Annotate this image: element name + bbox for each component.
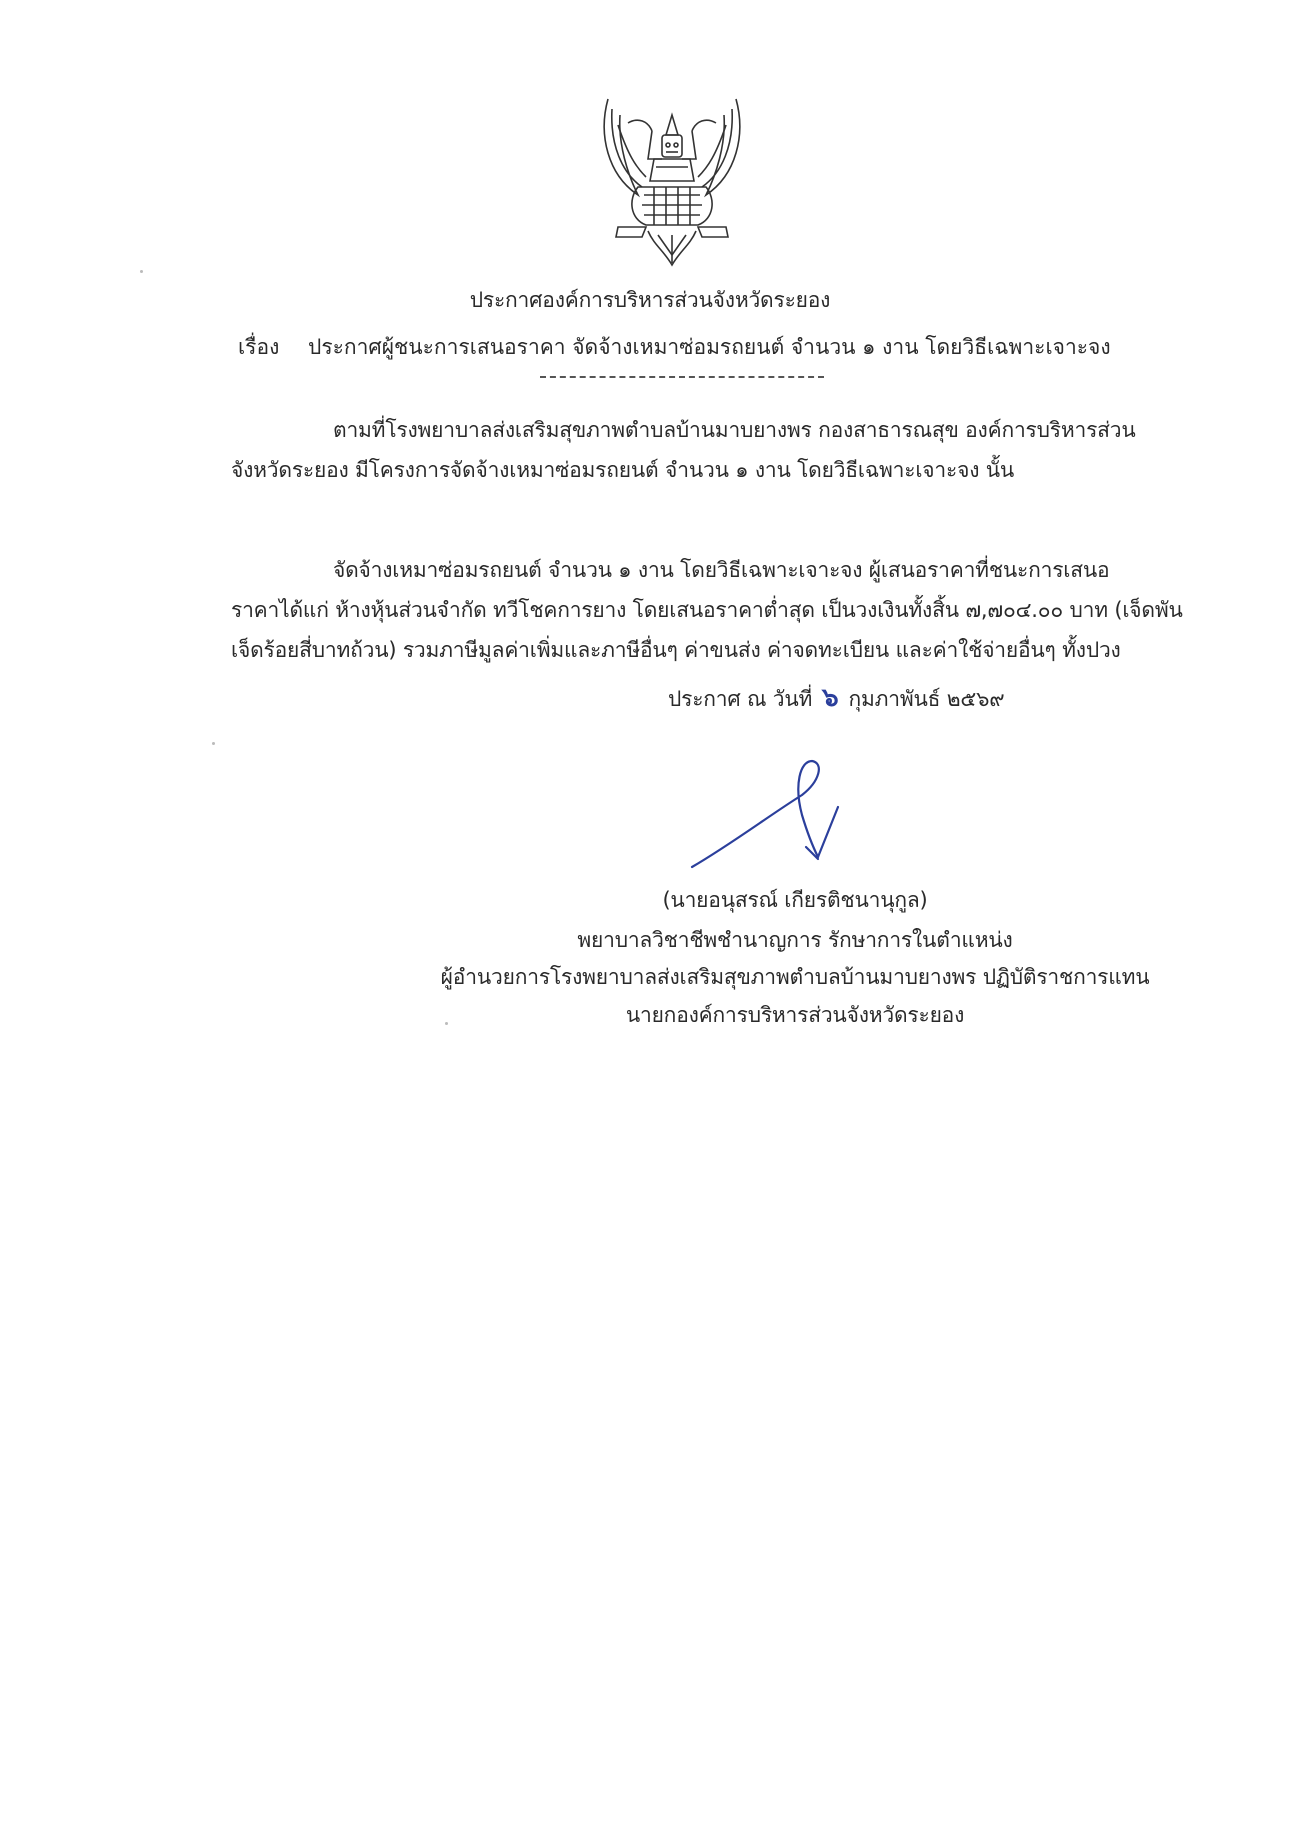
date-day-handwritten: ๖ (812, 683, 848, 713)
scan-speck (445, 1022, 448, 1025)
paragraph2-line1: จัดจ้างเหมาซ่อมรถยนต์ จำนวน ๑ งาน โดยวิธ… (333, 555, 1109, 585)
scan-speck (212, 742, 215, 745)
signatory-title-line2: ผู้อำนวยการโรงพยาบาลส่งเสริมสุขภาพตำบลบ้… (145, 962, 1300, 992)
org-title: ประกาศองค์การบริหารส่วนจังหวัดระยอง (0, 285, 1300, 315)
paragraph2-line2: ราคาได้แก่ ห้างหุ้นส่วนจำกัด ทวีโชคการยา… (231, 595, 1183, 625)
signature-icon (690, 755, 890, 875)
signatory-title-line1: พยาบาลวิชาชีพชำนาญการ รักษาการในตำแหน่ง (145, 925, 1300, 955)
signatory-title-line3: นายกองค์การบริหารส่วนจังหวัดระยอง (145, 1000, 1300, 1030)
signatory-name: (นายอนุสรณ์ เกียรติชนานุกูล) (145, 885, 1300, 915)
separator-line (540, 376, 824, 378)
paragraph1-line1: ตามที่โรงพยาบาลส่งเสริมสุขภาพตำบลบ้านมาบ… (333, 415, 1136, 445)
paragraph2-line3: เจ็ดร้อยสี่บาทถ้วน) รวมภาษีมูลค่าเพิ่มแล… (231, 635, 1121, 665)
date-month-year: กุมภาพันธ์ ๒๕๖๙ (848, 687, 1004, 711)
garuda-emblem-icon (598, 95, 746, 267)
paragraph1-line2: จังหวัดระยอง มีโครงการจัดจ้างเหมาซ่อมรถย… (231, 455, 1014, 485)
scan-speck (140, 270, 143, 273)
announcement-date: ประกาศ ณ วันที่๖กุมภาพันธ์ ๒๕๖๙ (668, 683, 1004, 714)
subject-text: ประกาศผู้ชนะการเสนอราคา จัดจ้างเหมาซ่อมร… (308, 332, 1111, 362)
document-page: ประกาศองค์การบริหารส่วนจังหวัดระยอง เรื่… (0, 0, 1300, 1838)
subject-label: เรื่อง (238, 332, 279, 362)
date-prefix: ประกาศ ณ วันที่ (668, 687, 812, 711)
